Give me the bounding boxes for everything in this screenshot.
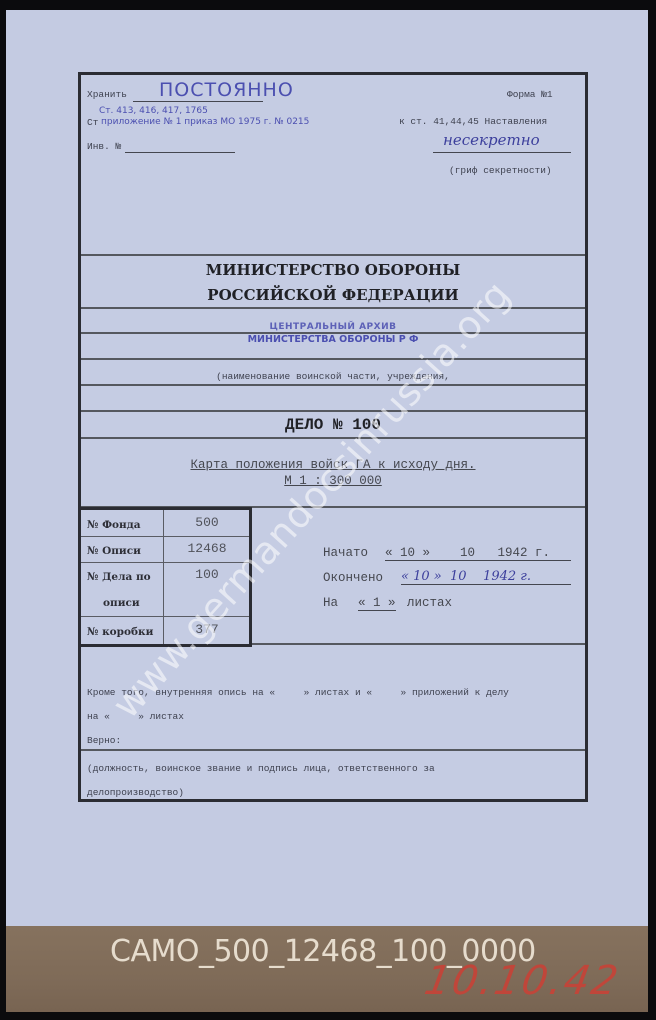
- case-title: ДЕЛО № 100: [81, 416, 585, 434]
- started-value: « 10 » 10 1942 г.: [385, 546, 571, 561]
- archive-stamp-line-2: МИНИСТЕРСТВА ОБОРОНЫ Р Ф: [81, 334, 585, 345]
- inventory-number-field: [125, 152, 235, 153]
- delo-label-2: описи: [103, 597, 140, 609]
- responsible-caption-2: делопроизводство): [87, 787, 184, 798]
- order-stamp: приложение № 1 приказ МО 1975 г. № 0215: [101, 117, 309, 127]
- finished-label: Окончено: [323, 571, 383, 585]
- keep-permanent-stamp: ПОСТОЯННО: [159, 79, 294, 101]
- keep-underline: [133, 101, 263, 102]
- rule-line: [81, 410, 585, 412]
- form-number: Форма №1: [507, 89, 553, 100]
- sheets-label-suffix: листах: [407, 596, 452, 610]
- unit-name-caption: (наименование воинской части, учреждения…: [81, 371, 585, 382]
- classification-caption: (гриф секретности): [449, 165, 552, 176]
- sheets-value: « 1 »: [358, 596, 396, 611]
- responsible-caption-1: (должность, воинское звание и подпись ли…: [87, 763, 435, 774]
- inventory-number-label: Инв. №: [87, 141, 121, 152]
- handwritten-date: 10.10.42: [421, 958, 623, 1004]
- sheets-label-prefix: На: [323, 596, 338, 610]
- box-label: № коробки: [87, 626, 153, 638]
- fond-value: 500: [165, 515, 249, 530]
- fond-label: № Фонда: [87, 519, 141, 531]
- articles-prefix: Ст: [87, 117, 98, 128]
- table-row: № Фонда 500: [81, 510, 249, 537]
- finished-value: « 10 » 10 1942 г.: [401, 569, 571, 585]
- started-label: Начато: [323, 546, 368, 560]
- verified-label: Верно:: [87, 735, 121, 746]
- rule-line: [81, 437, 585, 439]
- keep-label: Хранить: [87, 89, 127, 100]
- rule-line: [81, 749, 585, 751]
- delo-label: № Дела по: [87, 571, 151, 583]
- opis-label: № Описи: [87, 545, 141, 557]
- rule-line: [252, 643, 585, 645]
- articles-stamp: Ст. 413, 416, 417, 1765: [99, 106, 208, 116]
- classification-underline: [433, 152, 571, 153]
- table-row: № Описи 12468: [81, 536, 249, 563]
- regulation-reference: к ст. 41,44,45 Наставления: [399, 116, 547, 127]
- classification-handwritten: несекретно: [443, 131, 540, 149]
- rule-line: [81, 358, 585, 360]
- archive-stamp-line-1: ЦЕНТРАЛЬНЫЙ АРХИВ: [81, 322, 585, 332]
- rule-line: [81, 384, 585, 386]
